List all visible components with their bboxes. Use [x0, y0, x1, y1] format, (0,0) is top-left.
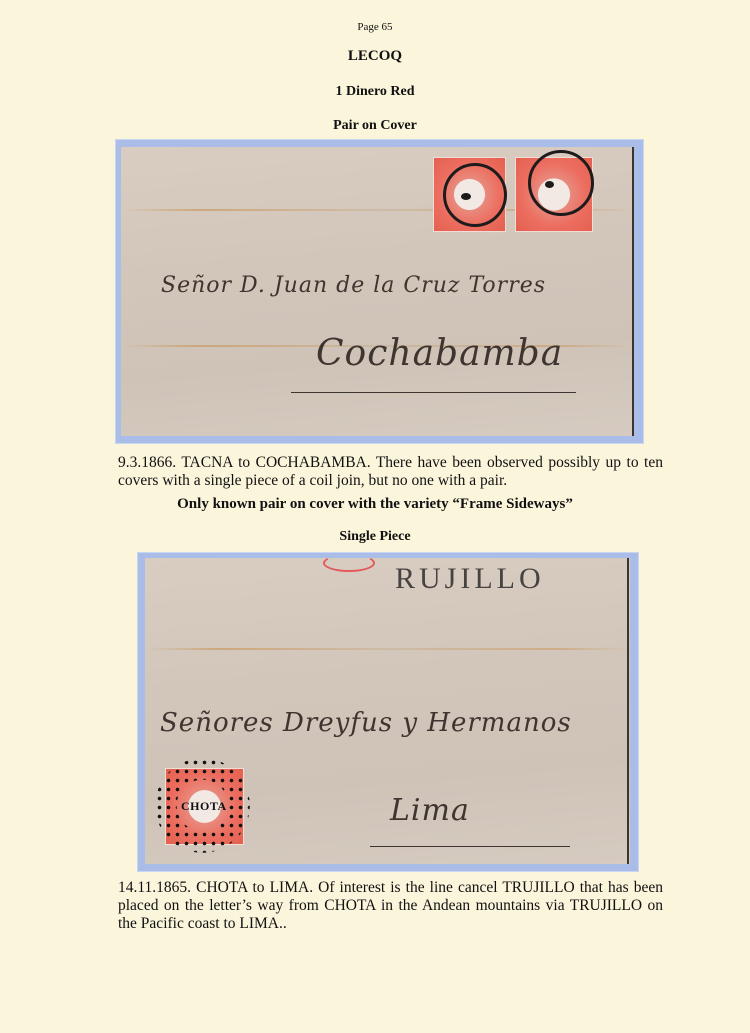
postmark-right — [528, 150, 594, 216]
cancel-chota-text: CHOTA — [181, 799, 227, 814]
caption-single: 14.11.1865. CHOTA to LIMA. Of interest i… — [118, 879, 663, 933]
addressee-line-1: Señores Dreyfus y Hermanos — [160, 708, 572, 738]
page-number: Page 65 — [0, 21, 750, 33]
underline — [370, 846, 570, 847]
page-title: LECOQ — [0, 48, 750, 65]
line-cancel-trujillo: RUJILLO — [395, 562, 545, 596]
postmark-ink — [461, 193, 471, 200]
postmark-left — [443, 163, 507, 227]
addressee-line-1: Señor D. Juan de la Cruz Torres — [161, 273, 546, 298]
fold-line — [145, 648, 630, 650]
underline — [291, 392, 576, 393]
page-subtitle: 1 Dinero Red — [0, 84, 750, 100]
highlight-note: Only known pair on cover with the variet… — [0, 496, 750, 513]
caption-pair: 9.3.1866. TACNA to COCHABAMBA. There hav… — [118, 454, 663, 490]
cover-image-pair: Señor D. Juan de la Cruz Torres Cochabam… — [121, 147, 634, 436]
cover-edge — [627, 558, 629, 864]
red-mark — [323, 558, 375, 572]
postmark-ink — [545, 181, 554, 188]
addressee-line-2: Lima — [390, 793, 470, 828]
cover-image-single: RUJILLO Señores Dreyfus y Hermanos Lima … — [145, 558, 630, 864]
addressee-line-2: Cochabamba — [316, 333, 563, 374]
cover-edge — [632, 147, 634, 436]
section-heading-pair: Pair on Cover — [0, 118, 750, 134]
section-heading-single: Single Piece — [0, 529, 750, 545]
